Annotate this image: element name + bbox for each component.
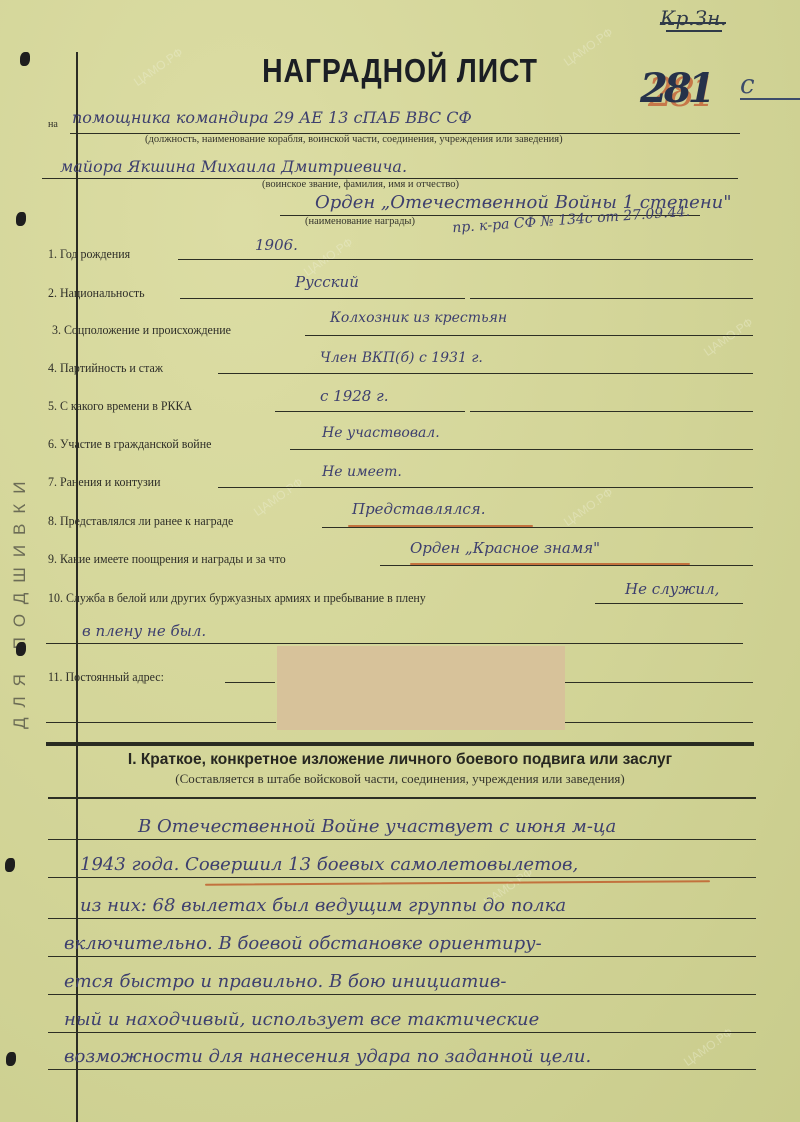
punch-hole-icon (16, 642, 26, 656)
award-caption: (наименование награды) (305, 216, 415, 227)
ruled-line (48, 1032, 756, 1033)
ruled-line (48, 839, 756, 840)
field-2-value: Русский (295, 273, 359, 291)
punch-hole-icon (20, 52, 30, 66)
field-3-value: Колхозник из крестьян (330, 310, 507, 326)
narrative-line-6: ный и находчивый, использует все тактиче… (64, 1009, 539, 1030)
field-2-line-b (470, 298, 753, 299)
binding-margin-label: ДЛЯ ПОДШИВКИ (10, 440, 36, 760)
narrative-line-3: из них: 68 вылетах был ведущим группы до… (80, 895, 566, 916)
strikethrough (666, 30, 722, 32)
header-prefix: на (48, 118, 58, 130)
field-2-line (180, 298, 465, 299)
watermark: ЦАМО.РФ (251, 475, 305, 519)
field-1-value: 1906. (255, 236, 298, 254)
field-11-line-b (565, 682, 753, 683)
field-9-value: Орден „Красное знамя" (410, 539, 600, 557)
field-1-line (178, 259, 753, 260)
narrative-line-4: включительно. В боевой обстановке ориент… (64, 933, 542, 954)
field-8-line (322, 527, 753, 528)
punch-hole-icon (5, 858, 15, 872)
name-value: майора Якшина Михаила Дмитриевича. (60, 157, 407, 176)
field-7-line (218, 487, 753, 488)
field-6-label: 6. Участие в гражданской войне (48, 436, 211, 452)
narrative-line-5: ется быстро и правильно. В бою инициатив… (64, 971, 506, 992)
section-1-subtitle: (Составляется в штабе войсковой части, с… (0, 771, 800, 787)
ruled-line (48, 918, 756, 919)
ruled-line (48, 956, 756, 957)
field-3-label: 3. Соцположение и происхождение (52, 322, 231, 338)
field-11-line-2 (46, 722, 276, 723)
field-5-line (275, 411, 465, 412)
position-value: помощника командира 29 АЕ 13 сПАБ ВВС СФ (72, 108, 472, 127)
field-11-line (225, 682, 275, 683)
corner-suffix-underline (740, 98, 800, 100)
watermark: ЦАМО.РФ (701, 315, 755, 359)
field-10-line-2 (46, 643, 743, 644)
redacted-address-block (277, 646, 565, 730)
field-11-line-2b (565, 722, 753, 723)
field-5-line-b (470, 411, 753, 412)
section-1-top-line (48, 797, 756, 799)
ruled-line (48, 994, 756, 995)
ruled-line (48, 1069, 756, 1070)
field-5-value: с 1928 г. (320, 387, 388, 405)
field-7-label: 7. Ранения и контузии (48, 474, 160, 490)
field-8-label: 8. Представлялся ли ранее к награде (48, 513, 233, 529)
field-11-label: 11. Постоянный адрес: (48, 669, 164, 685)
section-1-title: I. Краткое, конкретное изложение личного… (0, 751, 800, 769)
narrative-line-2: 1943 года. Совершил 13 боевых самолетовы… (80, 854, 578, 875)
field-8-value: Представлялся. (352, 500, 486, 518)
field-9-label: 9. Какие имеете поощрения и награды и за… (48, 551, 286, 567)
field-10-label: 10. Служба в белой или других буржуазных… (48, 590, 426, 606)
field-10-line (595, 603, 743, 604)
field-3-line (305, 335, 753, 336)
field-10-value-line2: в плену не был. (82, 622, 206, 640)
field-7-value: Не имеет. (322, 464, 402, 480)
corner-annotation-top: Кр.Зн. (660, 6, 727, 30)
field-5-label: 5. С какого времени в РККА (48, 398, 192, 414)
narrative-line-7: возможности для нанесения удара по задан… (64, 1046, 591, 1067)
field-1-label: 1. Год рождения (48, 246, 130, 262)
section-divider (46, 742, 754, 746)
field-2-label: 2. Национальность (48, 285, 145, 301)
field-4-line (218, 373, 753, 374)
page-title: НАГРАДНОЙ ЛИСТ (56, 52, 744, 90)
field-4-label: 4. Партийность и стаж (48, 360, 163, 376)
watermark: ЦАМО.РФ (561, 485, 615, 529)
punch-hole-icon (6, 1052, 16, 1066)
red-pencil-underline (205, 880, 710, 886)
field-9-line (380, 565, 753, 566)
position-caption: (должность, наименование корабля, воинск… (145, 134, 563, 145)
field-4-value: Член ВКП(б) с 1931 г. (320, 350, 483, 366)
field-6-line (290, 449, 753, 450)
name-caption: (воинское звание, фамилия, имя и отчеств… (262, 179, 459, 190)
narrative-line-1: В Отечественной Войне участвует с июня м… (138, 816, 616, 837)
strikethrough (660, 22, 726, 24)
field-10-value: Не служил, (625, 580, 719, 598)
punch-hole-icon (16, 212, 26, 226)
binding-margin-line (76, 52, 78, 1122)
ruled-line (48, 877, 756, 878)
field-6-value: Не участвовал. (322, 425, 440, 441)
